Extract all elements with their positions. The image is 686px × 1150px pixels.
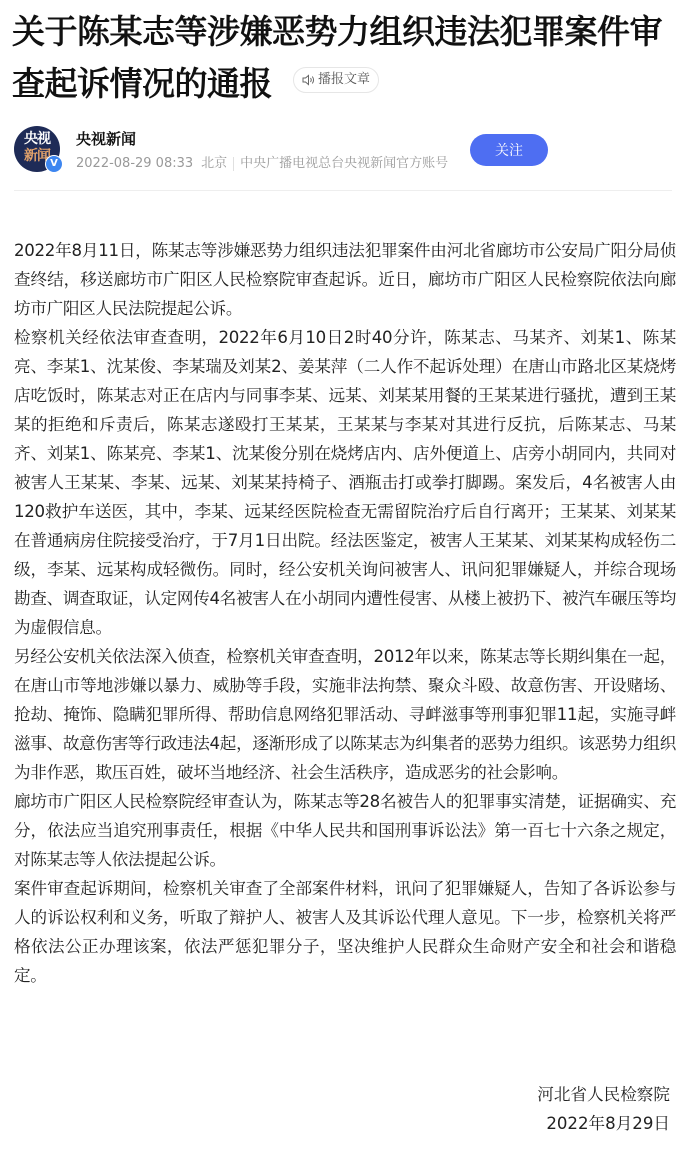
article-paragraph: 检察机关经依法审查查明，2022年6月10日2时40分许，陈某志、马某齐、刘某1… bbox=[14, 323, 676, 642]
broadcast-label: 播报文章 bbox=[318, 54, 370, 106]
author-meta: 2022-08-29 08:33北京中央广播电视总台央视新闻官方账号 bbox=[76, 152, 448, 171]
signature-date: 2022年8月29日 bbox=[537, 1109, 670, 1138]
speaker-icon bbox=[302, 74, 316, 86]
header-divider bbox=[14, 190, 672, 191]
avatar-text-line1: 央视 bbox=[14, 131, 60, 148]
verified-badge-icon: V bbox=[45, 155, 63, 173]
publish-location: 北京 bbox=[201, 156, 227, 171]
broadcast-article-button[interactable]: 播报文章 bbox=[293, 67, 379, 93]
article-paragraph: 另经公安机关依法深入侦查，检察机关审查查明，2012年以来，陈某志等长期纠集在一… bbox=[14, 642, 676, 787]
article-signature: 河北省人民检察院 2022年8月29日 bbox=[537, 1080, 670, 1138]
signature-org: 河北省人民检察院 bbox=[537, 1080, 670, 1109]
article-title: 关于陈某志等涉嫌恶势力组织违法犯罪案件审查起诉情况的通报 播报文章 bbox=[12, 6, 676, 110]
article-body: 2022年8月11日，陈某志等涉嫌恶势力组织违法犯罪案件由河北省廊坊市公安局广阳… bbox=[14, 236, 676, 990]
publish-datetime: 2022-08-29 08:33 bbox=[76, 156, 193, 171]
author-name[interactable]: 央视新闻 bbox=[76, 128, 136, 149]
article-paragraph: 2022年8月11日，陈某志等涉嫌恶势力组织违法犯罪案件由河北省廊坊市公安局广阳… bbox=[14, 236, 676, 323]
author-row: 央视 新闻 V 央视新闻 2022-08-29 08:33北京中央广播电视总台央… bbox=[14, 124, 674, 176]
meta-divider bbox=[233, 157, 234, 171]
avatar[interactable]: 央视 新闻 V bbox=[14, 126, 60, 172]
article-paragraph: 廊坊市广阳区人民检察院经审查认为，陈某志等28名被告人的犯罪事实清楚，证据确实、… bbox=[14, 787, 676, 874]
follow-button[interactable]: 关注 bbox=[470, 134, 548, 166]
author-description: 中央广播电视总台央视新闻官方账号 bbox=[240, 156, 448, 171]
article-paragraph: 案件审查起诉期间，检察机关审查了全部案件材料，讯问了犯罪嫌疑人，告知了各诉讼参与… bbox=[14, 874, 676, 990]
